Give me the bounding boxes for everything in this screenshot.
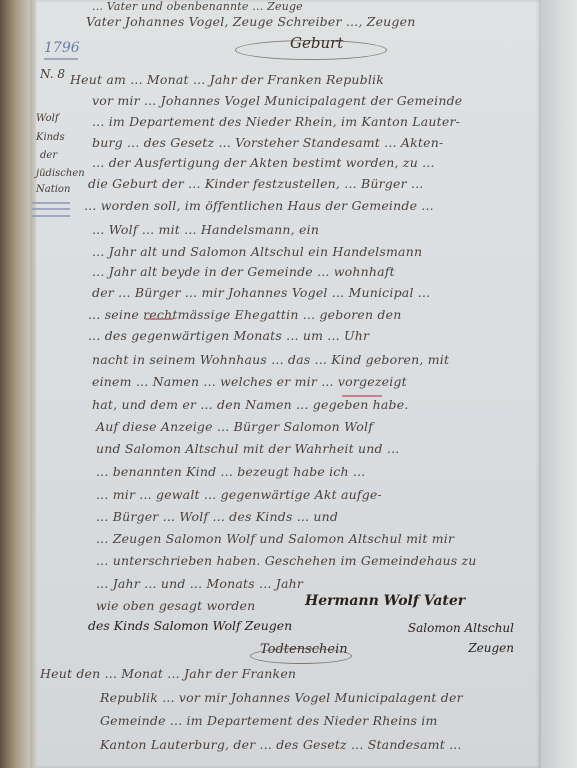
signature-witness-1: des Kinds Salomon Wolf Zeugen bbox=[88, 618, 292, 633]
body-line-2: vor mir ... Johannes Vogel Municipalagen… bbox=[92, 93, 462, 108]
body-line-8: ... Wolf ... mit ... Handelsmann, ein bbox=[92, 222, 319, 237]
body-line-14: nacht in seinem Wohnhaus ... das ... Kin… bbox=[92, 352, 449, 367]
body-line-13: ... des gegenwärtigen Monats ... um ... … bbox=[88, 328, 369, 343]
body-line-7: ... worden soll, im öffentlichen Haus de… bbox=[84, 198, 434, 213]
body-line-12: ... seine rechtmässige Ehegattin ... geb… bbox=[88, 307, 401, 322]
margin-note-5: Nation bbox=[36, 184, 70, 195]
body-line-24: ... Jahr ... und ... Monats ... Jahr bbox=[96, 576, 303, 591]
body-line-19: ... benannten Kind ... bezeugt habe ich … bbox=[96, 464, 365, 479]
body-line-10: ... Jahr alt beyde in der Gemeinde ... w… bbox=[92, 264, 395, 279]
body-line-22: ... Zeugen Salomon Wolf und Salomon Alts… bbox=[96, 531, 454, 546]
entry-number: N. 8 bbox=[40, 67, 65, 81]
body-line-20: ... mir ... gewalt ... gegenwärtige Akt … bbox=[96, 487, 382, 502]
red-underline-2 bbox=[342, 395, 382, 397]
top-line-2: Vater Johannes Vogel, Zeuge Schreiber ..… bbox=[86, 14, 415, 29]
heading-flourish bbox=[235, 40, 387, 60]
second-entry-line-4: Kanton Lauterburg, der ... des Gesetz ..… bbox=[100, 737, 462, 752]
second-entry-line-2: Republik ... vor mir Johannes Vogel Muni… bbox=[100, 690, 463, 705]
top-line-1: ... Vater und obenbenannte ... Zeuge bbox=[92, 0, 303, 13]
body-line-4: burg ... des Gesetz ... Vorsteher Stande… bbox=[92, 135, 443, 150]
body-line-9: ... Jahr alt und Salomon Altschul ein Ha… bbox=[92, 244, 422, 259]
body-line-15: einem ... Namen ... welches er mir ... v… bbox=[92, 374, 407, 389]
body-line-18: und Salomon Altschul mit der Wahrheit un… bbox=[96, 441, 399, 456]
second-entry-line-1: Heut den ... Monat ... Jahr der Franken bbox=[40, 666, 296, 681]
book-binding bbox=[0, 0, 30, 768]
body-line-16: hat, und dem er ... den Namen ... gegebe… bbox=[92, 397, 409, 412]
second-entry-line-3: Gemeinde ... im Departement des Nieder R… bbox=[100, 713, 438, 728]
margin-note-3: der bbox=[40, 150, 57, 161]
margin-note-1: Wolf bbox=[36, 113, 59, 124]
body-line-23: ... unterschrieben haben. Geschehen im G… bbox=[96, 553, 477, 568]
margin-blue-line-2 bbox=[32, 208, 70, 210]
signature-witness-2: Salomon Altschul Zeugen bbox=[404, 618, 514, 658]
body-line-5: ... der Ausfertigung der Akten bestimt w… bbox=[92, 155, 435, 170]
heading-flourish-2 bbox=[250, 648, 352, 664]
body-line-25: wie oben gesagt worden bbox=[96, 598, 255, 613]
margin-blue-line-3 bbox=[32, 215, 70, 217]
body-line-3: ... im Departement des Nieder Rhein, im … bbox=[92, 114, 460, 129]
margin-note-2: Kinds bbox=[36, 132, 65, 143]
adjacent-page-edge bbox=[541, 0, 577, 768]
body-line-21: ... Bürger ... Wolf ... des Kinds ... un… bbox=[96, 509, 338, 524]
margin-blue-line-1 bbox=[32, 202, 70, 204]
year-margin: 1796 bbox=[44, 40, 80, 56]
year-underline bbox=[44, 58, 78, 60]
body-line-1: Heut am ... Monat ... Jahr der Franken R… bbox=[70, 72, 384, 87]
body-line-11: der ... Bürger ... mir Johannes Vogel ..… bbox=[92, 285, 430, 300]
margin-note-4: jüdischen bbox=[36, 168, 85, 179]
signature-father: Hermann Wolf Vater bbox=[305, 593, 465, 609]
body-line-17: Auf diese Anzeige ... Bürger Salomon Wol… bbox=[96, 419, 373, 434]
body-line-6: die Geburt der ... Kinder festzustellen,… bbox=[88, 176, 423, 191]
red-underline-1 bbox=[145, 318, 173, 320]
